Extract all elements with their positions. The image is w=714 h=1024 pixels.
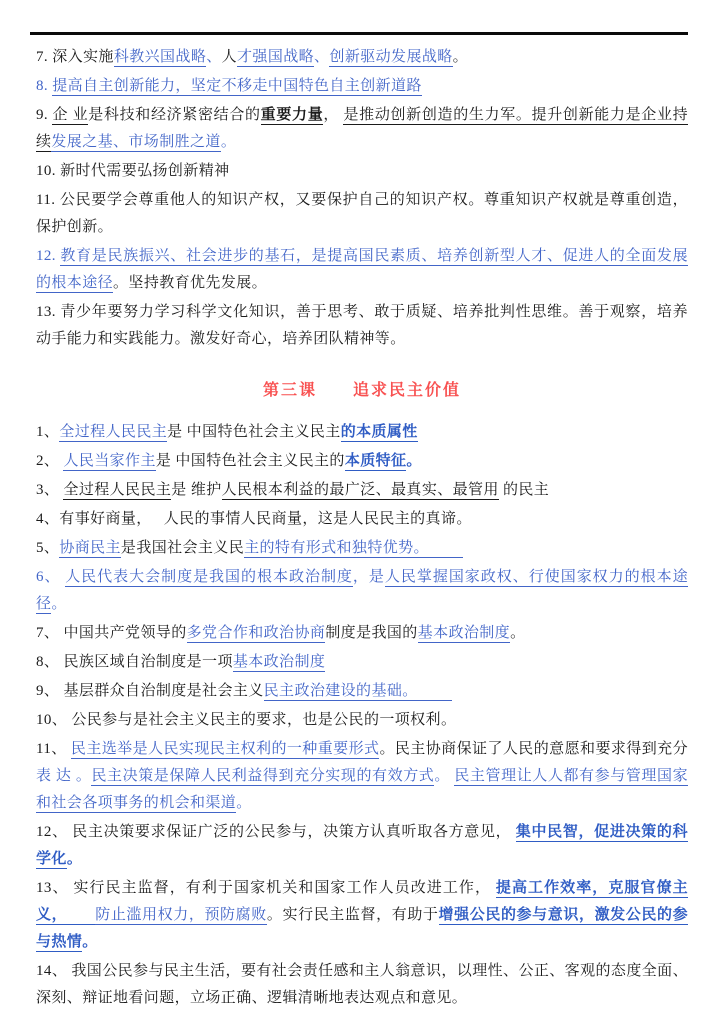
note-item: 12、 民主决策要求保证广泛的公民参与，决策方认真听取各方意见， 集中民智，促进… [36,819,688,873]
text-run: 12. [36,248,60,264]
text-run: 多党合作和政治协商 [187,625,326,643]
text-run: 14、 我国公民参与民主生活，要有社会责任感和主人翁意识，以理性、公正、客观的态… [36,963,688,1006]
text-run: 主的特有形式和独特优势。 [244,540,463,558]
text-run: ，是 [353,569,385,585]
note-item: 1、全过程人民民主是 中国特色社会主义民主的本质属性 [36,419,688,446]
note-item: 13. 青少年要努力学习科学文化知识，善于思考、敢于质疑、培养批判性思维。善于观… [36,299,688,353]
text-run: 本质特征 [345,453,407,471]
text-run: 。民主协商保证了人民的意愿和要求得到充分 [379,741,688,757]
text-run: 。实行民主监督，有助于 [267,907,439,923]
text-run: 、 [206,49,221,65]
text-run: 人民根本利益的最广泛、最真实、最管用 [222,482,499,500]
text-run: 。 [67,851,82,867]
text-run: 5、 [36,540,59,556]
note-item: 10、 公民参与是社会主义民主的要求，也是公民的一项权利。 [36,707,688,734]
note-item: 12. 教育是民族振兴、社会进步的基石，是提高国民素质、培养创新型人才、促进人的… [36,243,688,297]
note-item: 8. 提高自主创新能力，坚定不移走中国特色自主创新道路 [36,73,688,100]
text-run: 12、 民主决策要求保证广泛的公民参与，决策方认真听取各方意见， [36,824,516,840]
text-run: 10、 公民参与是社会主义民主的要求，也是公民的一项权利。 [36,712,456,728]
note-item: 14、 我国公民参与民主生活，要有社会责任感和主人翁意识，以理性、公正、客观的态… [36,958,688,1012]
note-item: 4、有事好商量， 人民的事情人民商量，这是人民民主的真谛。 [36,506,688,533]
text-run: 是 维护 [171,482,221,498]
text-run: 。 [236,795,251,811]
text-run: 协商民主 [59,540,121,558]
document-page: 7. 深入实施科教兴国战略、人才强国战略、创新驱动发展战略。8. 提高自主创新能… [0,0,714,1024]
text-run: 。 [434,768,454,784]
text-run: 。 [453,49,468,65]
text-run: 防止滥用权力，预防腐败 [95,907,267,925]
text-run: 基本政治制度 [233,654,325,672]
note-item: 9、 基层群众自治制度是社会主义民主政治建设的基础。 [36,678,688,705]
note-item: 5、协商民主是我国社会主义民主的特有形式和独特优势。 [36,535,688,562]
text-run: 制度是我国的 [325,625,417,641]
note-item: 11. 公民要学会尊重他人的知识产权，又要保护自己的知识产权。尊重知识产权就是尊… [36,187,688,241]
text-run: 。 [221,134,236,150]
text-run: 4、有事好商量， 人民的事情人民商量，这是人民民主的真谛。 [36,511,472,527]
text-run: 民主政治建设的基础。 [264,683,452,701]
lesson-heading: 第三课 追求民主价值 [36,379,688,403]
text-run: 科教兴国战略 [114,49,206,67]
text-run: 创新驱动发展战略 [329,49,452,67]
text-run: 是科技和经济紧密结合的 [88,107,260,123]
page-top-border [30,32,688,35]
text-run: 13. 青少年要努力学习科学文化知识，善于思考、敢于质疑、培养批判性思维。善于观… [36,304,688,347]
text-run: 人民当家作主 [63,453,155,471]
text-run: 基本政治制度 [418,625,510,643]
text-run: 是 中国特色社会主义民主的 [156,453,345,469]
text-run: 7. 深入实施 [36,49,114,65]
text-run: 6、 [36,569,65,585]
text-run: 9、 基层群众自治制度是社会主义 [36,683,264,699]
note-item: 7. 深入实施科教兴国战略、人才强国战略、创新驱动发展战略。 [36,44,688,71]
text-run: 。坚持教育优先发展。 [113,275,267,291]
text-run: 、 [314,49,329,65]
text-run: 7、 中国共产党领导的 [36,625,187,641]
text-run: 人 [222,49,237,65]
text-run: 才强国战略 [237,49,314,67]
section-innovation-notes: 7. 深入实施科教兴国战略、人才强国战略、创新驱动发展战略。8. 提高自主创新能… [36,44,688,353]
text-run: 重要力量 [261,107,324,125]
text-run: 发展之基、市场制胜之道 [51,134,220,152]
text-run: 8、 民族区域自治制度是一项 [36,654,233,670]
text-run: 是 中国特色社会主义民主 [167,424,341,440]
text-run: 。 [510,625,525,641]
text-run: 的本质属性 [341,424,418,442]
text-run: 2、 [36,453,63,469]
text-run: 9. [36,107,52,123]
note-item: 10. 新时代需要弘扬创新精神 [36,158,688,185]
note-item: 11、 民主选举是人民实现民主权利的一种重要形式。民主协商保证了人民的意愿和要求… [36,736,688,817]
document-content: 7. 深入实施科教兴国战略、人才强国战略、创新驱动发展战略。8. 提高自主创新能… [36,44,688,1014]
text-run: 13、 实行民主监督，有利于国家机关和国家工作人员改进工作， [36,880,496,896]
note-item: 6、 人民代表大会制度是我国的根本政治制度，是人民掌握国家政权、行使国家权力的根… [36,564,688,618]
section-lesson-3: 1、全过程人民民主是 中国特色社会主义民主的本质属性2、 人民当家作主是 中国特… [36,419,688,1012]
text-run: 。 [406,453,421,469]
text-run: 3、 [36,482,63,498]
text-run: 表 达 。 [36,768,91,784]
text-run: 10. 新时代需要弘扬创新精神 [36,163,230,179]
note-item: 13、 实行民主监督，有利于国家机关和国家工作人员改进工作， 提高工作效率，克服… [36,875,688,956]
text-run: ， [323,107,343,123]
text-run: 11、 [36,741,71,757]
text-run: 1、 [36,424,59,440]
text-run: 。 [82,934,97,950]
text-run: 全过程人民民主 [59,424,167,442]
note-item: 2、 人民当家作主是 中国特色社会主义民主的本质特征。 [36,448,688,475]
note-item: 8、 民族区域自治制度是一项基本政治制度 [36,649,688,676]
text-run: 8. [36,78,52,94]
text-run: 企 业 [52,107,88,125]
text-run: 11. 公民要学会尊重他人的知识产权，又要保护自己的知识产权。尊重知识产权就是尊… [36,192,688,235]
text-run: 是我国社会主义民 [121,540,244,556]
text-run: 。 [51,596,66,612]
text-run: 的民主 [499,482,549,498]
text-run: 提高自主创新能力，坚定不移走中国特色自主创新道路 [52,78,422,96]
text-run: 全过程人民民主 [63,482,171,500]
text-run: 人民代表大会制度是我国的根本政治制度 [65,569,353,587]
note-item: 9. 企 业是科技和经济紧密结合的重要力量， 是推动创新创造的生力军。提升创新能… [36,102,688,156]
note-item: 7、 中国共产党领导的多党合作和政治协商制度是我国的基本政治制度。 [36,620,688,647]
text-run: 民主决策是保障人民利益得到充分实现的有效方式 [91,768,434,786]
note-item: 3、 全过程人民民主是 维护人民根本利益的最广泛、最真实、最管用 的民主 [36,477,688,504]
text-run: 民主选举是人民实现民主权利的一种重要形式 [71,741,380,759]
